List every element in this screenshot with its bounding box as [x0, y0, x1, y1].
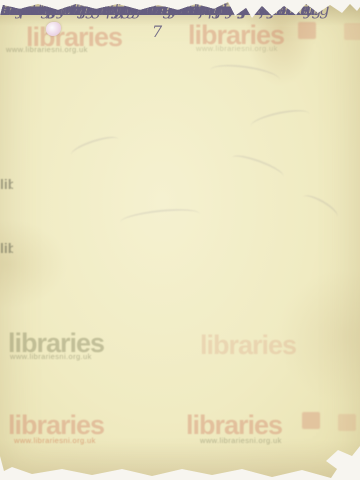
watermark-url: www.librariesni.org.uk — [200, 436, 282, 445]
watermark-url: www.librariesni.org.uk — [196, 44, 278, 53]
ink-bleed-mark — [249, 106, 311, 134]
watermark-edge-fragment: lib — [0, 176, 13, 192]
watermark-url: www.librariesni.org.uk — [10, 352, 92, 361]
ink-bleed-mark — [209, 61, 281, 89]
watermark-url: www.librariesni.org.uk — [14, 436, 96, 445]
letter-paper: libraries libraries www.librariesni.org.… — [0, 0, 360, 480]
ink-bleed-mark — [229, 151, 285, 183]
ink-bleed-mark — [119, 206, 200, 230]
ink-bleed-mark — [69, 133, 121, 162]
handwriting-line: Gourley getting into uniform yet. — [0, 0, 298, 19]
watermark-logo-block — [298, 22, 316, 39]
ink-bleed-mark — [299, 191, 341, 223]
watermark-text: libraries — [200, 330, 296, 361]
scanned-letter-page: libraries libraries www.librariesni.org.… — [0, 0, 360, 480]
torn-edge-shadow-bottom — [0, 440, 360, 480]
watermark-edge-fragment: lib — [0, 240, 13, 256]
page-number: 7 — [152, 22, 162, 41]
watermark-url: www.librariesni.org.uk — [6, 45, 88, 54]
watermark-logo-block — [302, 412, 320, 429]
watermark-logo-block — [344, 23, 360, 40]
watermark-logo-block — [338, 414, 356, 431]
